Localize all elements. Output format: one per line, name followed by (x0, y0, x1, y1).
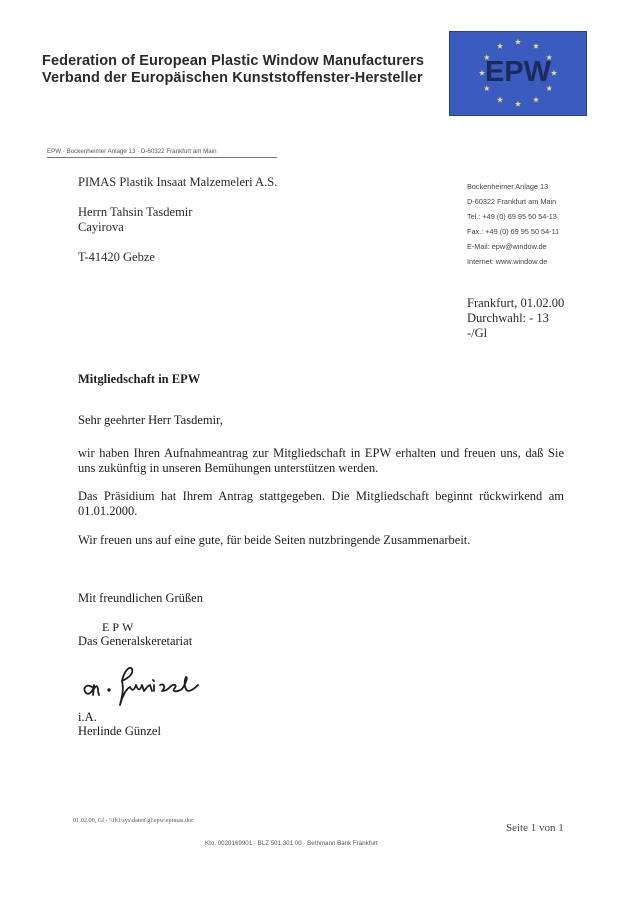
return-address-line: EPW · Bockenheimer Anlage 13 · D-60322 F… (47, 148, 277, 158)
recipient-company: PIMAS Plastik Insaat Malzemeleri A.S. (78, 175, 277, 190)
sender-contact-block: Bockenheimer Anlage 13 D-60322 Frankfurt… (467, 179, 559, 269)
sender-fax: Fax.: +49 (0) 69 95 50 54-11 (467, 224, 559, 239)
place-date: Frankfurt, 01.02.00 (467, 296, 564, 311)
letter-greeting: Sehr geehrter Herr Tasdemir, (78, 413, 223, 428)
letterhead-line-english: Federation of European Plastic Window Ma… (42, 53, 424, 70)
logo-text: EPW (450, 56, 586, 89)
sender-email: E-Mail: epw@window.de (467, 239, 559, 254)
recipient-zip-city: T-41420 Gebze (78, 250, 155, 265)
signature-org: EPW (102, 620, 136, 635)
letter-subject: Mitgliedschaft in EPW (78, 372, 200, 387)
recipient-person: Herrn Tahsin Tasdemir (78, 205, 192, 220)
footer-file-reference: 01.02.00, Gl - \\fh1\sys\daten\gl\epw\ep… (73, 817, 194, 824)
closing: Mit freundlichen Grüßen (78, 591, 203, 606)
signature-ia: i.A. (78, 710, 97, 725)
body-paragraph: wir haben Ihren Aufnahmeantrag zur Mitgl… (78, 446, 564, 476)
reference: -/Gl (467, 326, 564, 341)
letter-meta: Frankfurt, 01.02.00 Durchwahl: - 13 -/Gl (467, 296, 564, 341)
signature-icon (78, 663, 228, 708)
sender-street: Bockenheimer Anlage 13 (467, 179, 559, 194)
footer-bank-details: Kto. 0020169901 · BLZ 501 301 00 · Bethm… (205, 840, 378, 847)
page-number: Seite 1 von 1 (506, 822, 564, 834)
sender-tel: Tel.: +49 (0) 69 95 50 54-13 (467, 209, 559, 224)
signature-department: Das Generalskeretariat (78, 634, 192, 649)
handwritten-signature (78, 663, 228, 713)
sender-internet: Internet: www.window.de (467, 254, 559, 269)
body-paragraph: Das Präsidium hat Ihrem Antrag stattgege… (78, 489, 564, 519)
letterhead-line-german: Verband der Europäischen Kunststoffenste… (42, 70, 424, 87)
body-paragraph: Wir freuen uns auf eine gute, für beide … (78, 533, 564, 548)
recipient-district: Cayirova (78, 220, 124, 235)
extension: Durchwahl: - 13 (467, 311, 564, 326)
epw-logo: EPW (449, 31, 587, 116)
sender-city: D-60322 Frankfurt am Main (467, 194, 559, 209)
letterhead-title: Federation of European Plastic Window Ma… (42, 53, 424, 87)
signatory-name: Herlinde Günzel (78, 724, 161, 739)
